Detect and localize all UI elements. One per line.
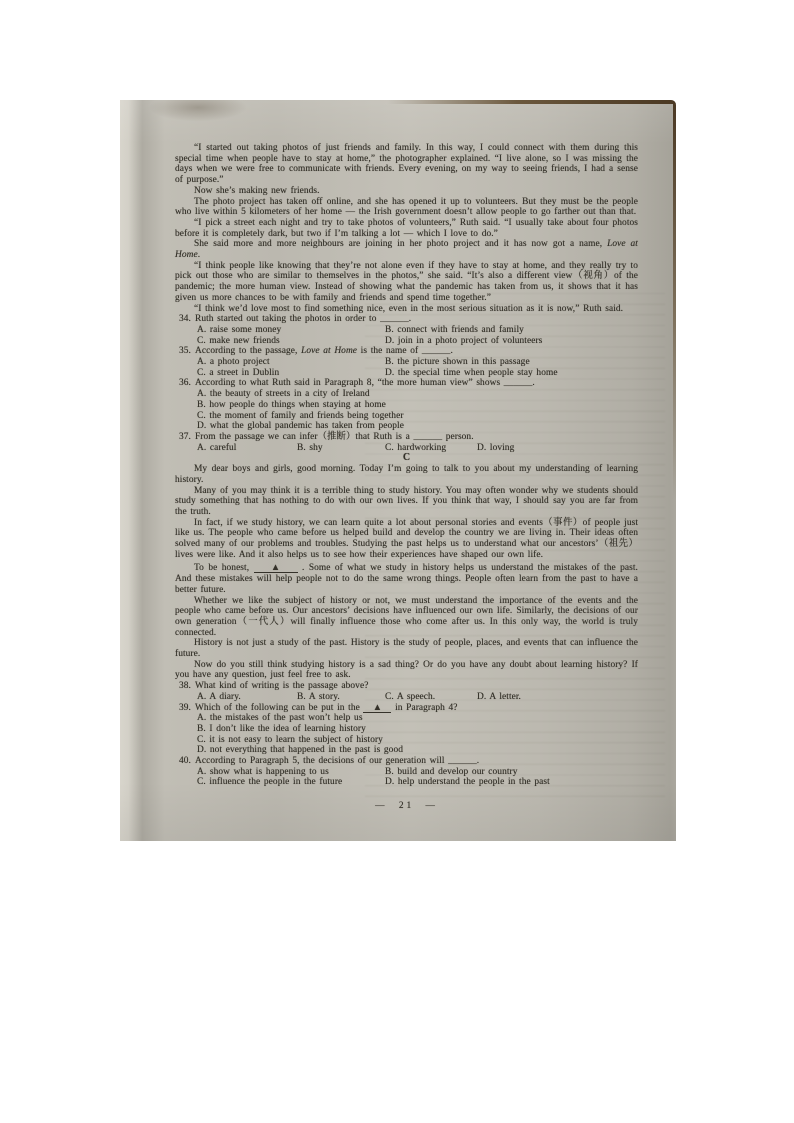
page-number: — 21 — xyxy=(175,801,638,812)
question-stem: According to Paragraph 5, the decisions … xyxy=(195,756,479,766)
question-36: 36.According to what Ruth said in Paragr… xyxy=(175,378,638,432)
option-c: C. a street in Dublin xyxy=(197,368,385,379)
option-b: B. shy xyxy=(297,443,385,454)
passage-b-paragraph-3: The photo project has taken off online, … xyxy=(175,197,638,218)
question-34: 34.Ruth started out taking the photos in… xyxy=(175,314,638,346)
passage-c-paragraph-1: My dear boys and girls, good morning. To… xyxy=(175,464,638,485)
option-c: C. the moment of family and friends bein… xyxy=(197,411,638,422)
photo-dark-edge-top xyxy=(387,100,676,104)
option-d: D. help understand the people in the pas… xyxy=(385,777,638,788)
question-stem: According to what Ruth said in Paragraph… xyxy=(195,378,535,388)
option-b: B. how people do things when staying at … xyxy=(197,400,638,411)
question-35-options: A. a photo project B. the picture shown … xyxy=(197,357,638,378)
option-d: D. the special time when people stay hom… xyxy=(385,368,638,379)
passage-c-paragraph-6: History is not just a study of the past.… xyxy=(175,638,638,659)
option-c: C. make new friends xyxy=(197,336,385,347)
question-stem: From the passage we can infer（推断）that Ru… xyxy=(195,432,474,442)
passage-c-paragraph-5: Whether we like the subject of history o… xyxy=(175,596,638,639)
question-number: 38. xyxy=(179,681,195,692)
question-40-options: A. show what is happening to us B. build… xyxy=(197,767,638,788)
option-a: A. a photo project xyxy=(197,357,385,368)
passage-b-paragraph-6: “I think people like knowing that they’r… xyxy=(175,261,638,304)
option-d: D. join in a photo project of volunteers xyxy=(385,336,638,347)
passage-c-paragraph-7: Now do you still think studying history … xyxy=(175,660,638,681)
passage-b-paragraph-7: “I think we’d love most to find somethin… xyxy=(175,304,638,315)
option-a: A. the beauty of streets in a city of Ir… xyxy=(197,389,638,400)
option-b: B. I don’t like the idea of learning his… xyxy=(197,724,638,735)
option-a: A. show what is happening to us xyxy=(197,767,385,778)
question-stem: Ruth started out taking the photos in or… xyxy=(195,314,411,324)
passage-b-paragraph-4: “I pick a street each night and try to t… xyxy=(175,218,638,239)
question-stem: What kind of writing is the passage abov… xyxy=(195,681,368,691)
option-d: D. what the global pandemic has taken fr… xyxy=(197,421,638,432)
passage-title-italic: Love at Home xyxy=(301,346,357,356)
option-d: D. loving xyxy=(477,443,638,454)
option-b: B. connect with friends and family xyxy=(385,325,638,336)
paragraph-text: She said more and more neighbours are jo… xyxy=(194,239,607,249)
question-number: 39. xyxy=(179,703,195,714)
question-number: 36. xyxy=(179,378,195,389)
option-b: B. the picture shown in this passage xyxy=(385,357,638,368)
fill-blank-triangle: ▲ xyxy=(254,564,298,573)
option-a: A. raise some money xyxy=(197,325,385,336)
passage-c-paragraph-4: To be honest, ▲ . Some of what we study … xyxy=(175,563,638,595)
question-34-options: A. raise some money B. connect with frie… xyxy=(197,325,638,346)
passage-b-paragraph-2: Now she’s making new friends. xyxy=(175,186,638,197)
option-b: B. A story. xyxy=(297,692,385,703)
photo-dark-edge-right xyxy=(673,100,676,500)
option-d: D. not everything that happened in the p… xyxy=(197,745,638,756)
question-39: 39.Which of the following can be put in … xyxy=(175,703,638,757)
option-a: A. the mistakes of the past won’t help u… xyxy=(197,713,638,724)
option-c: C. hardworking xyxy=(385,443,477,454)
question-number: 35. xyxy=(179,346,195,357)
option-c: C. A speech. xyxy=(385,692,477,703)
option-d: D. A letter. xyxy=(477,692,638,703)
option-c: C. it is not easy to learn the subject o… xyxy=(197,735,638,746)
question-40: 40.According to Paragraph 5, the decisio… xyxy=(175,756,638,788)
option-a: A. A diary. xyxy=(197,692,297,703)
passage-b-paragraph-5: She said more and more neighbours are jo… xyxy=(175,239,638,260)
section-c-heading: C xyxy=(175,453,638,464)
question-38-options: A. A diary. B. A story. C. A speech. D. … xyxy=(197,692,638,703)
question-35: 35.According to the passage, Love at Hom… xyxy=(175,346,638,378)
question-37-options: A. careful B. shy C. hardworking D. lovi… xyxy=(197,443,638,454)
passage-b-paragraph-1: “I started out taking photos of just fri… xyxy=(175,143,638,186)
question-36-options: A. the beauty of streets in a city of Ir… xyxy=(197,389,638,432)
exam-page-photo: “I started out taking photos of just fri… xyxy=(120,100,676,841)
paragraph-text: To be honest, xyxy=(194,563,254,573)
passage-c-paragraph-3: In fact, if we study history, we can lea… xyxy=(175,518,638,561)
option-a: A. careful xyxy=(197,443,297,454)
question-number: 37. xyxy=(179,432,195,443)
paragraph-text: . xyxy=(198,250,200,260)
question-38: 38.What kind of writing is the passage a… xyxy=(175,681,638,702)
fill-blank-triangle: ▲ xyxy=(363,704,391,713)
option-c: C. influence the people in the future xyxy=(197,777,385,788)
exam-page-content: “I started out taking photos of just fri… xyxy=(175,143,638,821)
question-number: 40. xyxy=(179,756,195,767)
question-37: 37.From the passage we can infer（推断）that… xyxy=(175,432,638,453)
question-stem: Which of the following can be put in the… xyxy=(195,703,458,713)
question-number: 34. xyxy=(179,314,195,325)
question-39-options: A. the mistakes of the past won’t help u… xyxy=(197,713,638,756)
question-stem: According to the passage, Love at Home i… xyxy=(195,346,453,356)
passage-c-paragraph-2: Many of you may think it is a terrible t… xyxy=(175,486,638,518)
option-b: B. build and develop our country xyxy=(385,767,638,778)
